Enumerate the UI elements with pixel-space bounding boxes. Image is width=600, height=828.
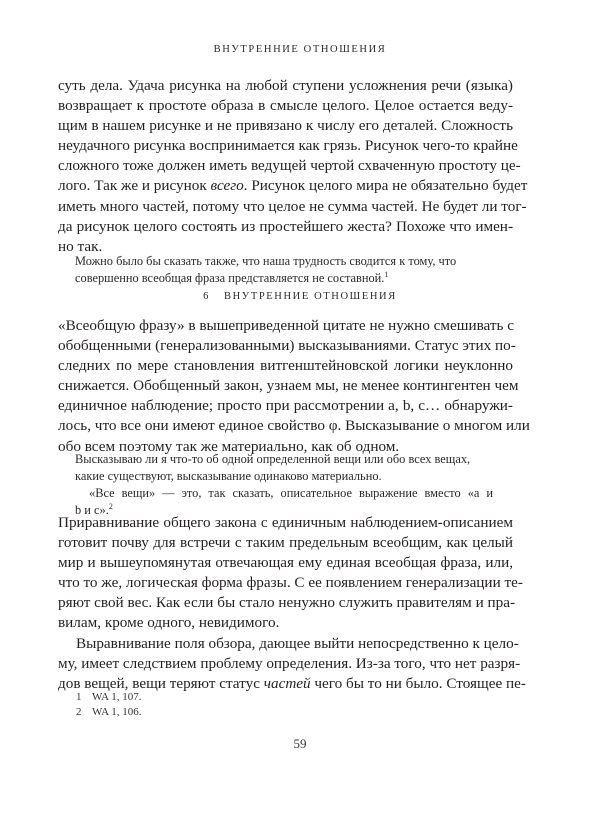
paragraph-1: суть дела. Удача рисунка на любой ступен… — [58, 76, 513, 257]
emphasis: всего — [211, 177, 244, 194]
footnote-2: 2WA 1, 106. — [76, 706, 142, 718]
quote-line: Можно было бы сказать также, что наша тр… — [75, 253, 493, 270]
text-line: Выравнивание поля обзора, дающее выйти н… — [58, 634, 513, 654]
footnote-1: 1WA 1, 107. — [76, 691, 142, 703]
footnote-ref[interactable]: 1 — [384, 270, 388, 279]
text-line: вилам, кроме одного, невидимого. — [58, 613, 513, 633]
block-quote-1: Можно было бы сказать также, что наша тр… — [75, 253, 493, 287]
text-line: щим в нашем рисунке и не привязано к чис… — [58, 116, 513, 136]
text-line: «Всеобщую фразу» в вышеприведенной цитат… — [58, 316, 513, 336]
paragraph-2: «Всеобщую фразу» в вышеприведенной цитат… — [58, 316, 513, 457]
text-line: мир и вышеупомянутая отвечающая ему един… — [58, 553, 513, 573]
quote-line: какие существуют, высказывание одинаково… — [75, 468, 493, 485]
footnote-text: WA 1, 106. — [92, 706, 142, 718]
text-line: ряют свой вес. Как если бы стало ненужно… — [58, 593, 513, 613]
running-head: ВНУТРЕННИЕ ОТНОШЕНИЯ — [0, 44, 600, 55]
paragraph-4: Выравнивание поля обзора, дающее выйти н… — [58, 634, 513, 694]
footnote-number: 1 — [76, 691, 92, 703]
block-quote-2: Высказываю ли я что-то об одной определе… — [75, 451, 493, 519]
section-heading: 6ВНУТРЕННИЕ ОТНОШЕНИЯ — [0, 291, 600, 302]
emphasis: частей — [264, 675, 311, 692]
text-line: следних по мере становления витгенштейно… — [58, 356, 513, 376]
section-number: 6 — [203, 291, 210, 302]
text-line: суть дела. Удача рисунка на любой ступен… — [58, 76, 513, 96]
text-line: лось, что все они имеют единое свойство … — [58, 416, 513, 436]
text-line: что то же, логическая форма фразы. С ее … — [58, 573, 513, 593]
paragraph-3: Приравнивание общего закона с единичным … — [58, 513, 513, 634]
quote-line: Высказываю ли я что-то об одной определе… — [75, 451, 493, 468]
footnote-text: WA 1, 107. — [92, 691, 142, 703]
text-line: обобщенными (генерализованными) высказыв… — [58, 336, 513, 356]
text-line: иметь много частей, потому что целое не … — [58, 197, 513, 217]
footnote-number: 2 — [76, 706, 92, 718]
quote-line: совершенно всеобщая фраза представляется… — [75, 270, 493, 287]
text-line: му, имеет следствием проблему определени… — [58, 654, 513, 674]
text-line: возвращает к простоте образа в смысле це… — [58, 96, 513, 116]
text-line: единичное наблюдение; просто при рассмот… — [58, 396, 513, 416]
page-number: 59 — [0, 736, 600, 752]
text-line: лого. Так же и рисунок всего. Рисунок це… — [58, 176, 513, 196]
section-title: ВНУТРЕННИЕ ОТНОШЕНИЯ — [224, 291, 397, 302]
text-line: сложного тоже должен иметь ведущей черто… — [58, 156, 513, 176]
text-line: снижается. Обобщенный закон, узнаем мы, … — [58, 376, 513, 396]
footnote-ref[interactable]: 2 — [109, 502, 113, 511]
text-line: неудачного рисунка воспринимается как гр… — [58, 136, 513, 156]
text-line: Приравнивание общего закона с единичным … — [58, 513, 513, 533]
quote-line: «Все вещи» — это, так сказать, описатель… — [75, 485, 493, 502]
text-line: готовит почву для встречи с таким предел… — [58, 533, 513, 553]
text-line: да рисунок целого состоять из простейшег… — [58, 217, 513, 237]
